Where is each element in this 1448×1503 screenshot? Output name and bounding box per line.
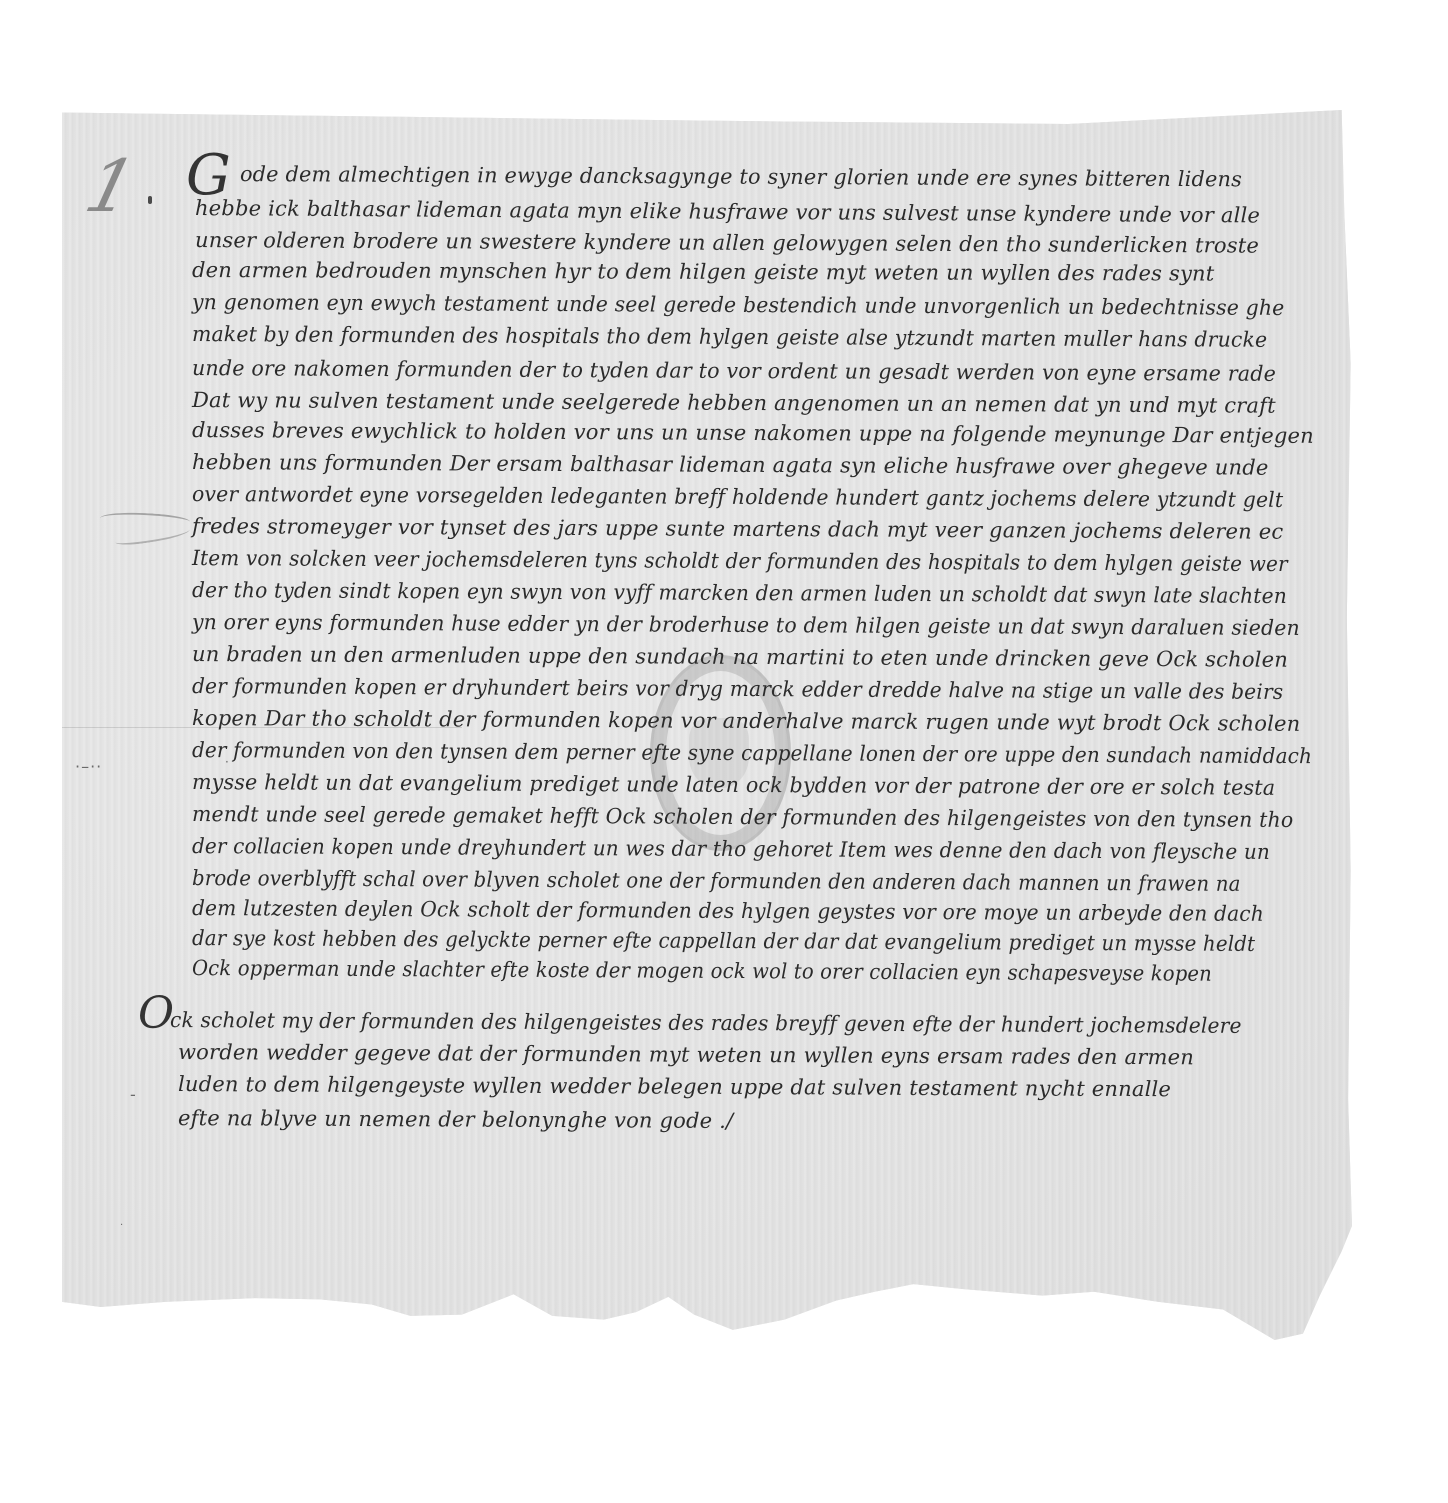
margin-stray-mark-lower: · bbox=[120, 1220, 123, 1231]
text-line: efte na blyve un nemen der belonynghe vo… bbox=[178, 1106, 733, 1133]
paragraph-initial-o: O bbox=[138, 992, 174, 1036]
margin-tick-mark: - bbox=[130, 1085, 136, 1104]
text-line: den armen bedrouden mynschen hyr to dem … bbox=[192, 258, 1214, 286]
margin-dots-mark: ·–·· bbox=[75, 757, 102, 776]
folio-mark-dot bbox=[148, 196, 152, 204]
